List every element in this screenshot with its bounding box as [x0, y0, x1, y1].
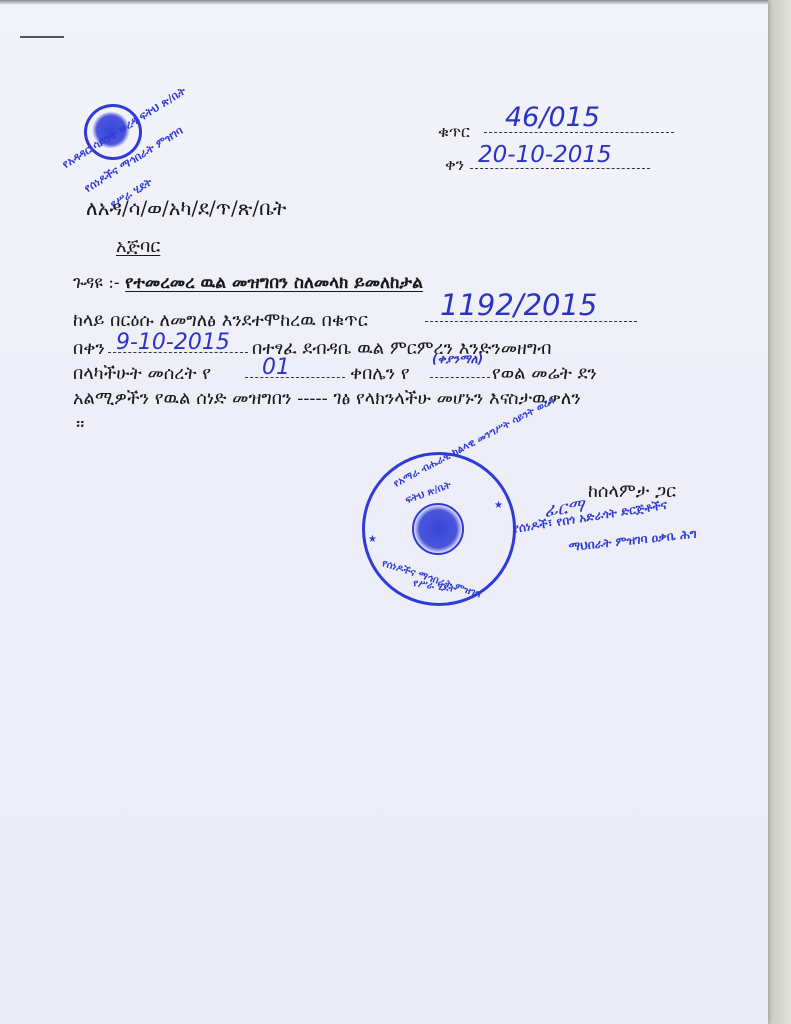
blank-line	[430, 377, 490, 378]
star-icon: ★	[368, 534, 377, 545]
body-line-5: ።	[76, 414, 84, 435]
body-line-3b: ቀበሌን የ	[350, 363, 410, 384]
handwritten-kebele-number: 01	[262, 355, 290, 380]
emblem-icon	[412, 503, 464, 555]
body-line-4: አልሚዎችን የዉል ሰነድ መዝግበን ----- ገፅ የላክንላችሁ መሆ…	[73, 388, 581, 409]
subject-label: ጉዳዩ :-	[73, 273, 120, 293]
letter-page: የአዳዳር ሳይንት ወረዳ ፍትህ ጽ/ቤት የሰነዶችና ማኅበራት ምዝገ…	[0, 0, 768, 1024]
reference-date-line	[470, 168, 650, 169]
scanner-edge	[768, 0, 791, 1024]
body-line-3a: በላካችሁት መሰረት የ	[73, 363, 211, 384]
reference-date-value: 20-10-2015	[478, 142, 612, 168]
body-line-2: በተፃፈ ደብዳቤ ዉል ምርምረን እንድንመዘግብ	[252, 338, 552, 359]
reference-date-label: ቀን	[445, 155, 464, 175]
handwritten-place-name: (ቀያንማለ)	[432, 352, 483, 367]
handwritten-letter-date: 9-10-2015	[116, 330, 230, 355]
subject-text: የተመረመረ ዉል መዝግበን ስለመላክ ይመለከታል	[125, 273, 423, 293]
subject-line: ጉዳዩ :- የተመረመረ ዉል መዝግበን ስለመላክ ይመለከታል	[73, 273, 423, 293]
body-line-3c: የወል መሬት ደን	[492, 363, 597, 384]
body-line-2-prefix: በቀን	[73, 338, 105, 359]
blank-line	[245, 377, 345, 378]
recipient-address: ለአዳ/ሳ/ወ/አካ/ደ/ጥ/ጽ/ቤት	[86, 196, 286, 220]
star-icon: ★	[494, 500, 503, 511]
signer-title-line-2: ማህበራት ምዝገባ ዐቃቤ ሕግ	[568, 527, 697, 555]
reference-number-value: 46/015	[505, 102, 600, 133]
handwritten-letter-number: 1192/2015	[440, 288, 597, 322]
recipient-city: አጅባር	[116, 236, 160, 257]
body-line-1: ከላይ በርዕሱ ለመግለፅ እንደተሞከረዉ በቁጥር	[73, 310, 368, 331]
reference-number-label: ቁጥር	[438, 122, 470, 142]
paper-fold-mark	[20, 36, 64, 38]
